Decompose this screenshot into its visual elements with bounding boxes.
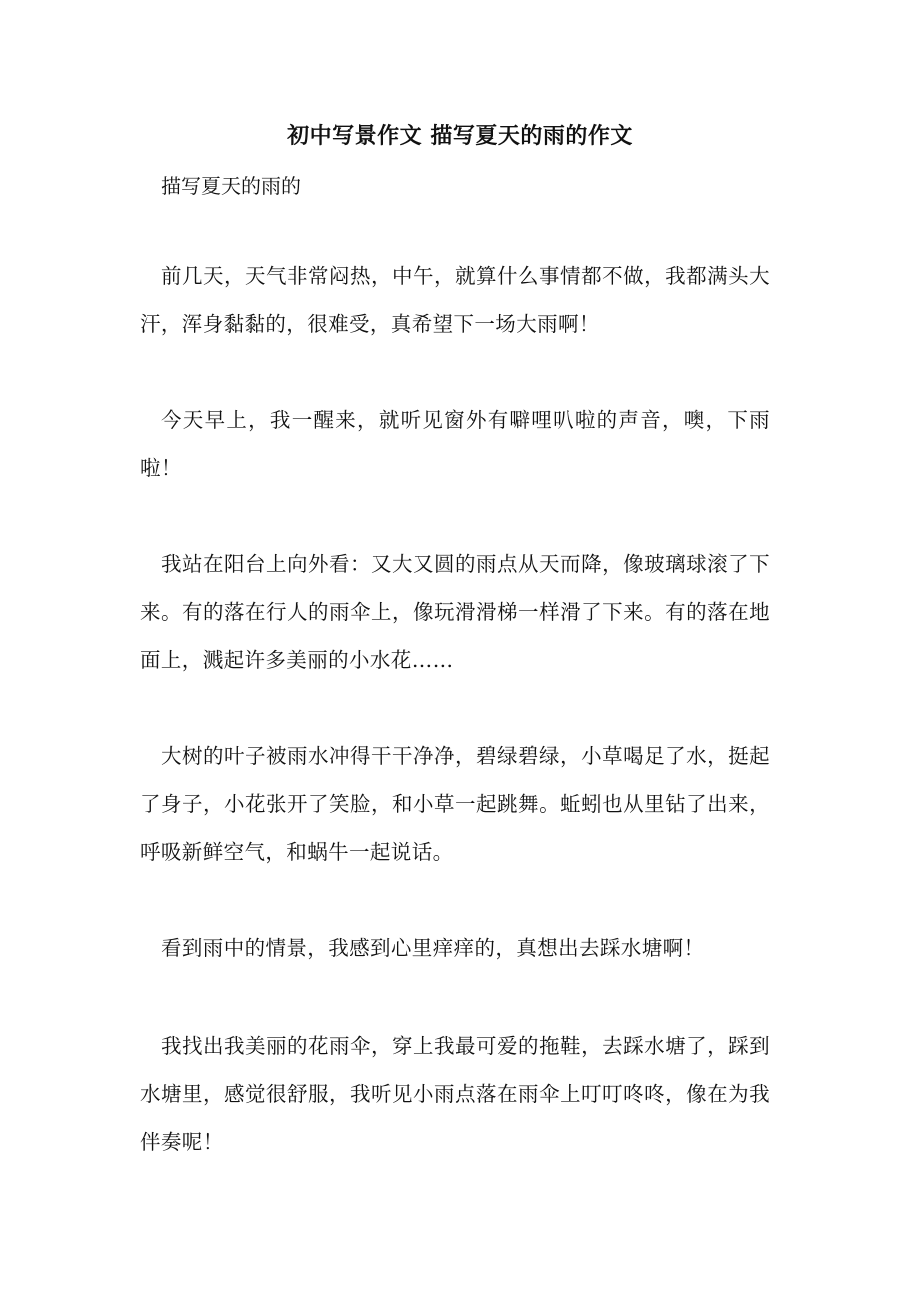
paragraph-2: 今天早上，我一醒来，就听见窗外有噼哩叭啦的声音，噢，下雨啦！ xyxy=(140,396,770,492)
document-page: 初中写景作文 描写夏天的雨的作文 描写夏天的雨的 前几天，天气非常闷热，中午，就… xyxy=(0,0,920,1302)
paragraph-4: 大树的叶子被雨水冲得干干净净，碧绿碧绿，小草喝足了水，挺起了身子，小花张开了笑脸… xyxy=(140,732,770,876)
paragraph-5: 看到雨中的情景，我感到心里痒痒的，真想出去踩水塘啊！ xyxy=(140,924,770,972)
paragraph-1: 前几天，天气非常闷热，中午，就算什么事情都不做，我都满头大汗，浑身黏黏的，很难受… xyxy=(140,252,770,348)
document-title: 初中写景作文 描写夏天的雨的作文 xyxy=(0,118,920,154)
paragraph-6: 我找出我美丽的花雨伞，穿上我最可爱的拖鞋，去踩水塘了，踩到水塘里，感觉很舒服，我… xyxy=(140,1022,770,1166)
paragraph-3: 我站在阳台上向外看：又大又圆的雨点从天而降，像玻璃球滚了下来。有的落在行人的雨伞… xyxy=(140,540,770,684)
document-subtitle: 描写夏天的雨的 xyxy=(140,168,770,204)
